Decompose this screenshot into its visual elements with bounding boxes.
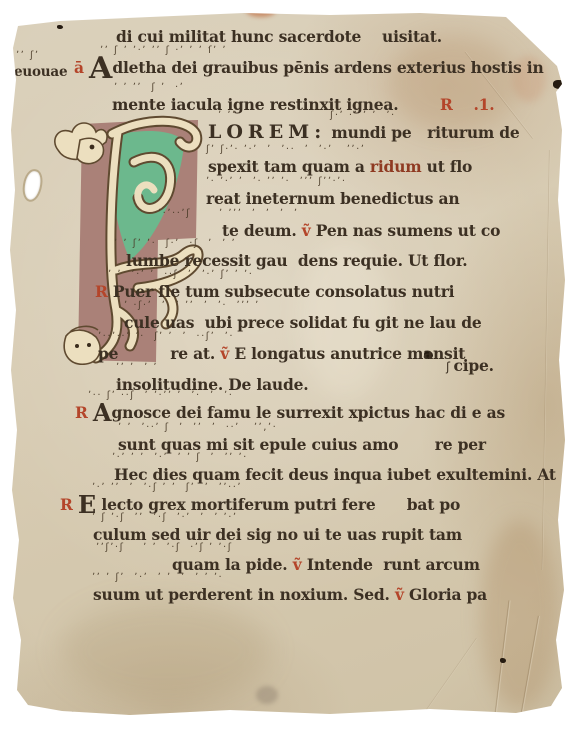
ink-speck <box>57 25 63 29</box>
neume-row: ʼ ʃ ʼ·ʃ ʼʼ ʼ·ʃ ʼ·ʼ ʼ ʼ ʼ·ʼ <box>92 512 238 523</box>
text-segment: E longatus anutrice mansit <box>234 344 465 363</box>
manuscript-photo: di cui militat hunc sacerdote uisitat.eu… <box>0 0 570 737</box>
neume-row: ʼʼ ʼ ʃʼ ʼ·ʼ ʼ ʼ ʼ ʼ ʼ ʼ· <box>92 572 223 583</box>
line-17: culum sed uir dei sig no ui te uas rupit… <box>93 526 462 543</box>
text-segment: Pen nas sumens ut co <box>316 221 500 240</box>
neume-row: ʼ ʼʼ <box>218 110 237 121</box>
neume-row: ʼ ʼ ʃʼ ʼ· ʃ·ʼ ·ʃ ʼ ʼ ʼ <box>114 238 236 249</box>
text-segment: A <box>93 398 112 427</box>
neume-row: ʼ ·ʃ·ʼ ʼ ʼ ʼʼ ʼ ʼ· ʼʼʼ ʼ <box>124 300 260 311</box>
text-segment: euouae <box>14 64 67 80</box>
line-14: sunt quas mi sit epule cuius amo re per <box>118 436 486 453</box>
text-segment: .1. <box>473 95 494 114</box>
line-10: cule uas ubi prece solidat fu git ne lau… <box>124 314 482 331</box>
neume-row: ʃ·ʼ ·ʼ ʼ ʼ ʼ· <box>330 110 396 121</box>
responsory-mark: R <box>60 495 78 514</box>
crease <box>492 600 511 731</box>
responsory-mark: R <box>75 403 93 422</box>
line-05: spexit tam quam a ridum ut flo <box>208 158 472 175</box>
ink-speck <box>69 711 77 719</box>
line-09: R Puer fle tum subsecute consolatus nutr… <box>95 283 454 300</box>
dragon-head <box>55 123 107 164</box>
versicle-mark: ṽ <box>220 344 234 363</box>
text-segment: dletha dei grauibus pēnis ardens exteriu… <box>112 58 543 77</box>
text-segment: A <box>89 51 112 86</box>
ink-speck <box>23 712 34 723</box>
versicle-mark: ṽ <box>395 585 409 604</box>
line-13: R Agnosce dei famu le surrexit xpictus h… <box>75 404 505 421</box>
text-segment: suum ut perderent in noxium. Sed. <box>93 585 395 604</box>
stain <box>388 36 518 131</box>
line-16: R E lecto grex mortiferum putri fere bat… <box>60 496 460 513</box>
neume-row: ʼ ʼ ʼ··ʼ ʃ ʼ ʼʼ ʼ ··ʼ ʼʼ,ʼ· <box>118 422 277 433</box>
text-segment: Gloria pa <box>409 585 487 604</box>
line-04: LOREM: mundi pe riturum de <box>208 124 520 141</box>
neume-row: ʼʼ ʼ ʼ ʼ <box>116 362 158 373</box>
parchment-leaf: di cui militat hunc sacerdote uisitat.eu… <box>0 0 570 737</box>
margin-euouae: euouae <box>14 64 67 81</box>
ink-speck <box>500 658 506 663</box>
text-segment: reat ineternum benedictus an <box>206 189 459 208</box>
neume-row: ʼ· ʼ·ʼ ʼ ʼ· ʼʼ ʼ· ʼʼʼ ʃʼʼ·ʼ· <box>206 176 347 187</box>
neume-row: ʼʼ ʃʼ <box>16 50 40 61</box>
neume-row: ʼ·ʼ ʼ ʼ ʼ·ʼ ʼ ʼ ʃ ʼ ʼʼ ʼ· <box>112 452 248 463</box>
line-11: pe re at. ṽ E longatus anutrice mansit <box>98 345 465 362</box>
stain <box>60 598 270 703</box>
versicle-mark: ṽ <box>293 555 307 574</box>
text-segment: LOREM: <box>208 121 326 143</box>
crease <box>541 150 550 570</box>
text-segment <box>398 95 440 114</box>
line-08: lumbe recessit gau dens requie. Ut flor. <box>126 252 468 269</box>
neume-row: ʼ·ʼ ʼʼ ʼ ʼ·ʃ ʼ ʼ ʃʼ ʼ ʼʼ··ʼ <box>92 482 242 493</box>
line-07: te deum. ṽ Pen nas sumens ut co <box>222 222 500 239</box>
text-segment <box>453 95 474 114</box>
text-segment: ut flo <box>421 157 472 176</box>
line-01: di cui militat hunc sacerdote uisitat. <box>116 28 442 45</box>
rust-smudge <box>246 4 276 17</box>
responsory-mark: R <box>440 95 453 114</box>
rubric-a: ā <box>74 58 89 77</box>
text-segment: Puer fle tum subsecute consolatus nutri <box>113 282 454 301</box>
neume-row: ʃʼ ʃ·ʼ· ʼ·ʼ ʼ ʼ·· ʼ ʼ·ʼ ʼʼ·ʼ <box>206 144 365 155</box>
text-segment: lumbe recessit gau dens requie. Ut flor. <box>126 251 468 270</box>
ink-speck <box>553 80 566 89</box>
neume-row: ʼʼ ʃ ʼ ʼ·ʼ ʼʼ ʃ ·ʼ ʼ ʼ ſʼ ʼ <box>100 45 227 56</box>
text-segment: gnosce dei famu le surrexit xpictus hac … <box>112 403 506 422</box>
line-02: ā Adletha dei grauibus pēnis ardens exte… <box>74 59 544 77</box>
crease <box>424 638 477 713</box>
text-segment: di cui militat hunc sacerdote uisitat. <box>116 27 442 46</box>
neume-row: ʼ ʼ ʼ·ʼ ʼ ··ʃ ʼ ʼ·ʼ ʃʼ ʼ ʼ· <box>108 269 253 280</box>
stain <box>480 520 560 710</box>
line-19: suum ut perderent in noxium. Sed. ṽ Glor… <box>93 586 487 603</box>
fragment-cipe: ʃ cipe. <box>446 357 494 376</box>
text-segment: ridum <box>370 157 422 176</box>
gray-blot <box>256 686 278 704</box>
neume-row: ʼ··ʼ··ʼ ʼ· ʃʼ ʼ ʼ ··ʃʼ ʼ· <box>98 331 234 342</box>
versicle-mark: ṽ <box>302 221 316 240</box>
line-15: Hec dies quam fecit deus inqua iubet exu… <box>114 466 556 483</box>
neume-row: ʼ ʼ ʼʼ ʃ ʼ ·ʼ <box>114 82 184 93</box>
responsory-mark: R <box>95 282 113 301</box>
text-segment: cule uas ubi prece solidat fu git ne lau… <box>124 313 482 332</box>
crease <box>517 616 541 735</box>
text-segment: mundi pe riturum de <box>326 123 519 142</box>
neume-row: ʼ·ʼ··ʼʃ ʼ ʼʼʼ ʼ ʼ ʼ ʼ <box>158 208 299 219</box>
line-06: reat ineternum benedictus an <box>206 190 459 207</box>
mask-face <box>64 330 100 364</box>
neume-row: ʼ·· ʃʼ ··ʃ ʼ ʼ·ʼʼ ʼ ʼ· ʼ ʼ· <box>88 390 233 401</box>
text-segment: Intende runt arcum <box>307 555 480 574</box>
line-18: quam la pide. ṽ Intende runt arcum <box>172 556 480 573</box>
neume-row: ʼʼʃʼ·ʃ ʼ ʼ ʼ·ʃ ·ʼʃ ʼ ʼ·ʃ <box>96 542 233 553</box>
text-segment: cipe. <box>453 356 493 375</box>
text-segment: pe re at. <box>98 344 220 363</box>
line-03: mente iacula igne restinxit ignea. R .1. <box>112 96 494 113</box>
text-segment: spexit tam quam a <box>208 157 370 176</box>
